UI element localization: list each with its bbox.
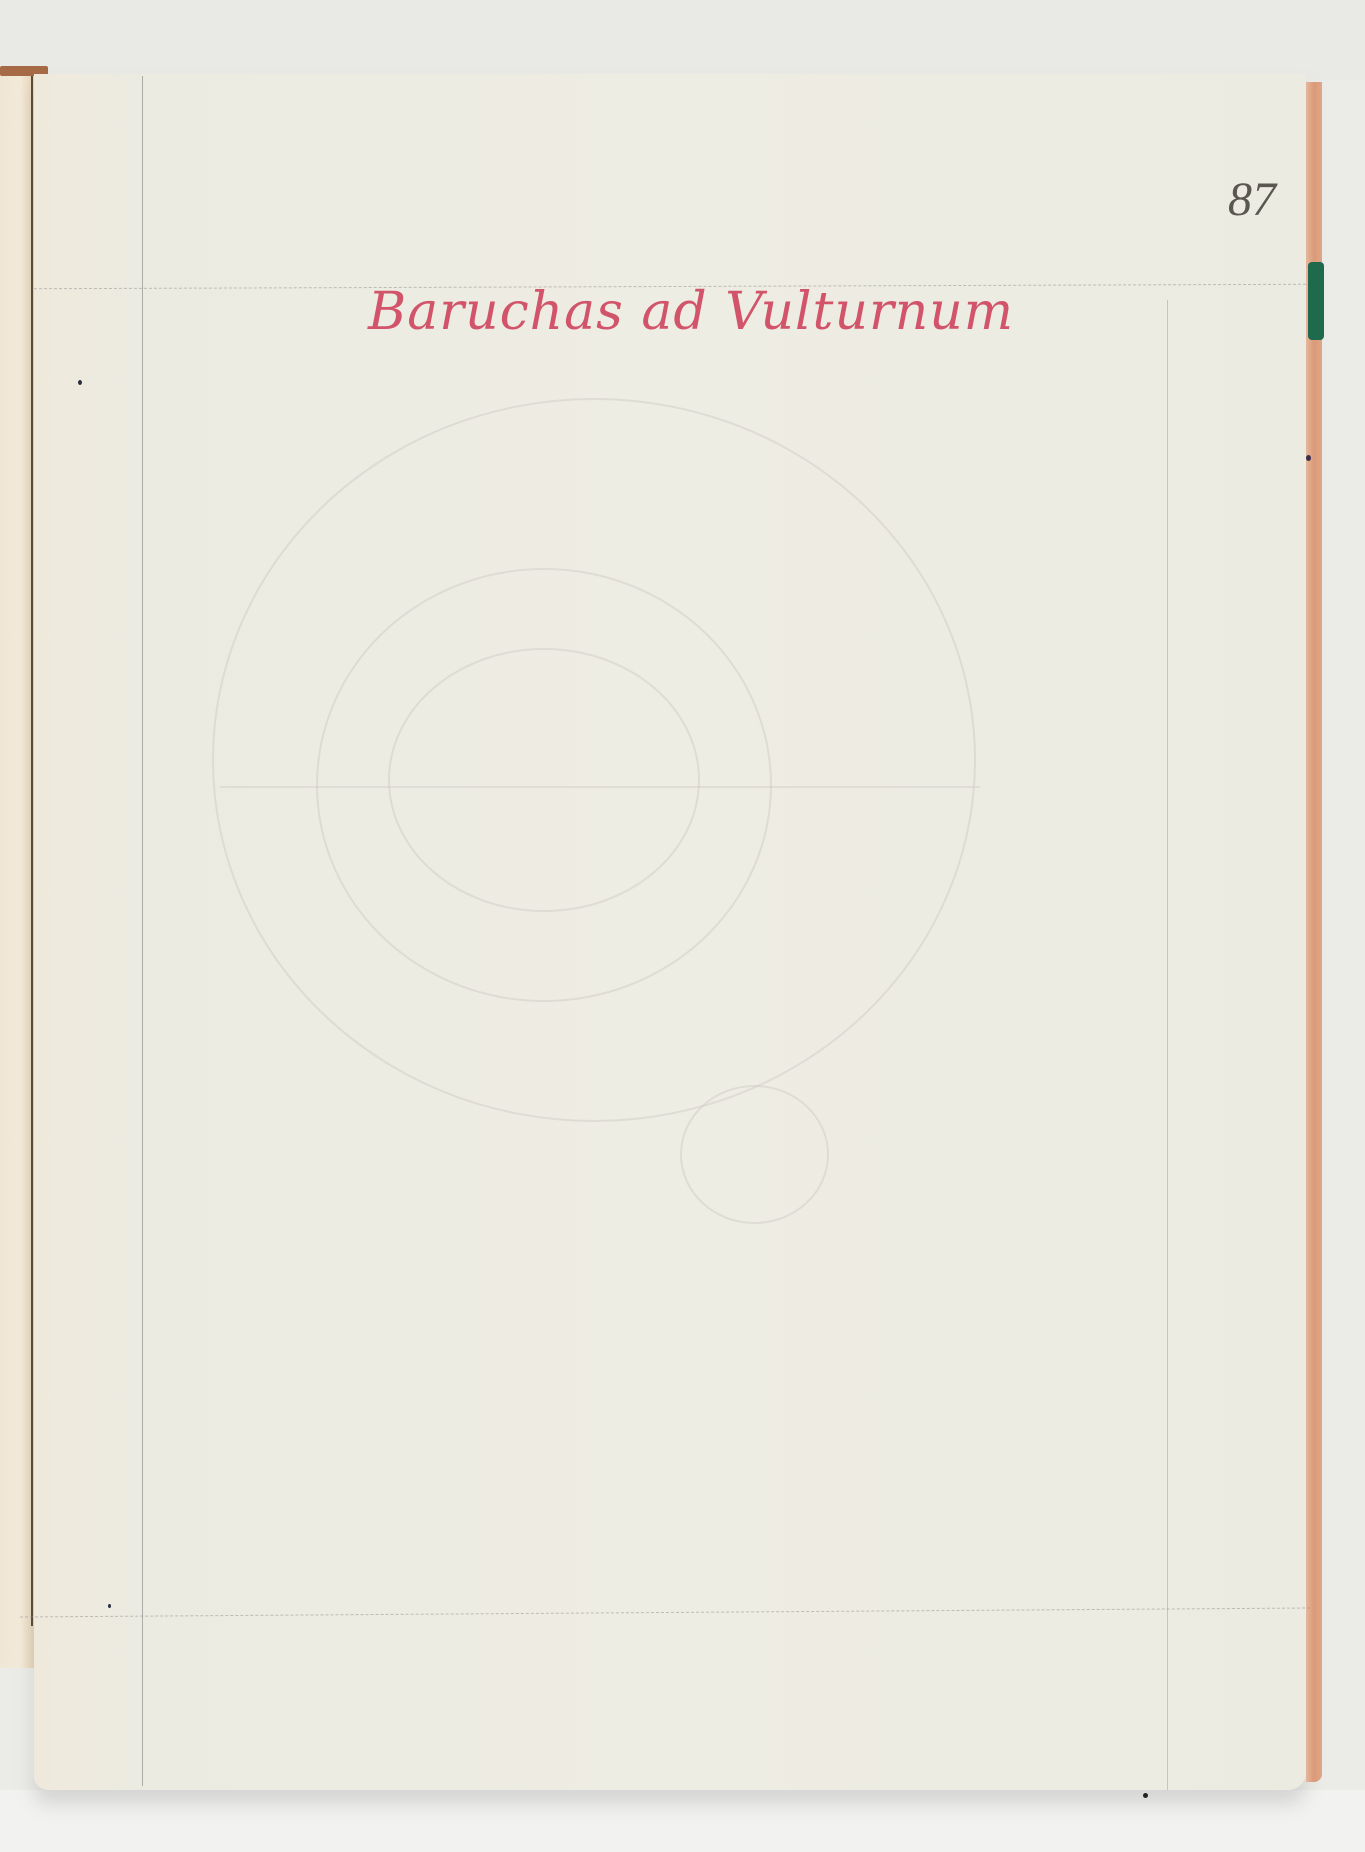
ink-speck — [78, 380, 82, 385]
ink-spot — [1306, 455, 1311, 461]
page-heading: Baruchas ad Vulturnum — [368, 282, 988, 352]
gutter-line — [31, 76, 33, 1626]
ghost-circle-inner — [388, 648, 700, 912]
ink-speck — [1143, 1793, 1148, 1798]
page-number: 87 — [1228, 172, 1288, 232]
ghost-small-circle — [680, 1085, 829, 1224]
right-margin-rule — [1167, 300, 1168, 1790]
left-margin-rule — [142, 76, 143, 1786]
previous-page-strip — [0, 68, 34, 1668]
ink-speck — [108, 1604, 111, 1608]
background-bottom — [0, 1790, 1365, 1852]
green-tab-marker — [1308, 262, 1324, 340]
ghost-horizontal-line — [220, 786, 980, 788]
background — [0, 0, 1365, 80]
